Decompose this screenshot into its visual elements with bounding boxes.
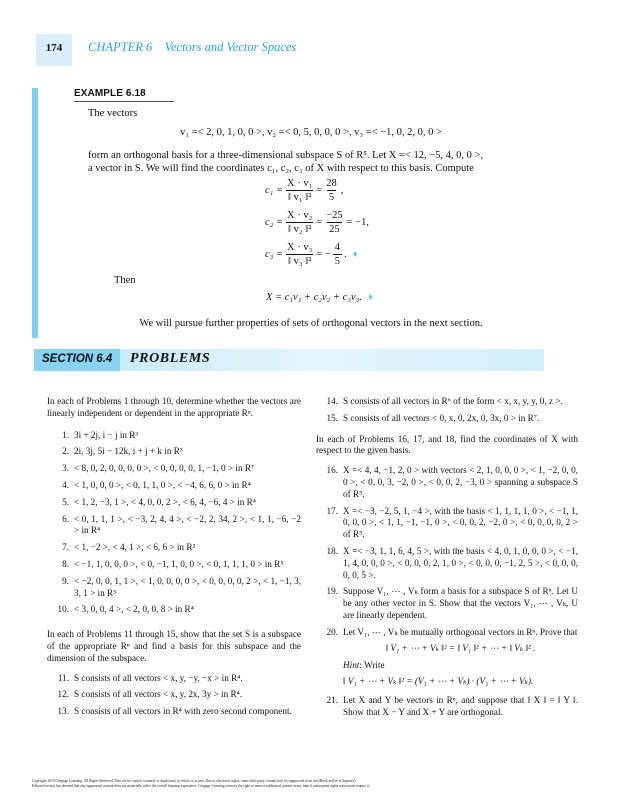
problem-1: 1.3i + 2j, i − j in R³ [47,430,301,442]
problem-5: 5.< 1, 2, −3, 1 >, < 4, 0, 0, 2 >, < 6, … [47,497,301,509]
problem-number: 3. [47,463,74,475]
section-title: PROBLEMS [130,351,210,367]
problem-number: 17. [316,506,343,541]
problem-text: < 1, 2, −3, 1 >, < 4, 0, 0, 2 >, < 6, 4,… [74,497,301,509]
example-para-line-2: a vector in S. We will find the coordina… [88,162,474,175]
denominator: 5 [333,254,342,267]
problem-20: 20. Let V₁, ⋯ , Vₖ be mutually orthogona… [316,627,578,690]
hint-line: Hint: Write [343,660,578,672]
numerator: X · v₂ [285,210,314,222]
problem-text: < 1, −2 >, < 4, 1 >, < 6, 6 > in R² [74,542,301,554]
problem-text: X =< −3, −2, 5, 1, −4 >, with the basis … [343,506,578,541]
problem-6: 6.< 0, 1, 1, 1 >, < −3, 2, 4, 4 >, < −2,… [47,514,301,538]
problem-number: 15. [316,413,343,425]
problem-number: 16. [316,465,343,500]
left-column: In each of Problems 1 through 10, determ… [47,396,301,723]
problem-number: 11. [47,673,74,685]
denominator: ‖ v₂ ‖² [286,222,313,235]
problem-18: 18.X =< −3, 1, 1, 6, 4, 5 >, with the ba… [316,546,578,581]
copyright-footer: Copyright 2010 Cengage Learning. All Rig… [32,779,612,789]
numerator: X · v₃ [285,242,314,254]
problem-text: < −2, 0, 0, 1, 1 >, < 1, 0, 0, 0, 0 >, <… [74,576,301,600]
problem-10: 10.< 3, 0, 0, 4 >, < 2, 0, 0, 8 > in R⁴ [47,604,301,616]
example-intro: The vectors [88,107,137,120]
problem-2: 2.2i, 3j, 5i − 12k, i + j + k in R³ [47,446,301,458]
equals: = − [316,249,330,260]
problem-3: 3.< 8, 0, 2, 0, 0, 0, 0 >, < 0, 0, 0, 0,… [47,463,301,475]
problem-7: 7.< 1, −2 >, < 4, 1 >, < 6, 6 > in R² [47,542,301,554]
problem-14: 14.S consists of all vectors in R⁶ of th… [316,396,578,408]
eq-tail: = −1, [347,217,369,228]
right-column: 14.S consists of all vectors in R⁶ of th… [316,396,578,724]
denominator: 5 [327,190,336,203]
problem-body: Let V₁, ⋯ , Vₖ be mutually orthogonal ve… [343,627,578,690]
instructions-1-10: In each of Problems 1 through 10, determ… [47,396,301,420]
result-equation: X = c₁v₁ + c₂v₂ + c₃v₃. ♦ [266,292,373,303]
problem-text: Let V₁, ⋯ , Vₖ be mutually orthogonal ve… [343,627,577,637]
problem-8: 8.< −1, 1, 0, 0, 0 >, < 0, −1, 1, 0, 0 >… [47,559,301,571]
problem-number: 21. [316,695,343,719]
instructions-11-15: In each of Problems 11 through 15, show … [47,629,301,664]
problem-11: 11.S consists of all vectors < x, y, −y,… [47,673,301,685]
problem-number: 8. [47,559,74,571]
problem-text: < 8, 0, 2, 0, 0, 0, 0 >, < 0, 0, 0, 0, 1… [74,463,301,475]
fraction: −2525 [324,210,344,235]
problem-text: X =< −3, 1, 1, 6, 4, 5 >, with the basis… [343,546,578,581]
problem-number: 4. [47,480,74,492]
instructions-16-18: In each of Problems 16, 17, and 18, find… [316,434,578,458]
equals: = [316,217,322,228]
eq-tail: , [341,185,344,196]
end-of-example-diamond-icon: ♦ [368,292,373,303]
example-closing: We will pursue further properties of set… [0,317,622,330]
problem-number: 1. [47,430,74,442]
page-number: 174 [36,42,72,54]
hint-text: : Write [359,660,384,670]
example-title: EXAMPLE 6.18 [74,88,146,99]
problem-text: X =< 4, 4, −1, 2, 0 > with vectors < 2, … [343,465,578,500]
denominator: ‖ v₁ ‖² [286,190,313,203]
problem-12: 12.S consists of all vectors < x, y, 2x,… [47,689,301,701]
eq-tail: . [344,249,347,260]
problem-text: 2i, 3j, 5i − 12k, i + j + k in R³ [74,446,301,458]
problem-21: 21.Let X and Y be vectors in Rⁿ, and sup… [316,695,578,719]
problem-19: 19.Suppose V₁, ⋯ , Vₖ form a basis for a… [316,586,578,621]
eq-lhs: c₁ = [265,185,283,196]
problem-text: Suppose V₁, ⋯ , Vₖ form a basis for a su… [343,586,578,621]
numerator: X · v₁ [285,178,314,190]
problem-text: S consists of all vectors < x, y, 2x, 3y… [74,689,301,701]
fraction: 285 [324,178,339,203]
problem-text: Let X and Y be vectors in Rⁿ, and suppos… [343,695,578,719]
equation-c2: c₂ = X · v₂‖ v₂ ‖² = −2525 = −1, [265,210,369,235]
footer-line-2: Editorial review has deemed that any sup… [32,784,612,789]
problem-text: < −1, 1, 0, 0, 0 >, < 0, −1, 1, 0, 0 >, … [74,559,301,571]
hint-equation: ‖ V₁ + ⋯ + Vₖ ‖² = (V₁ + ⋯ + Vₖ) · (V₁ +… [343,676,578,688]
problem-number: 14. [316,396,343,408]
denominator: ‖ v₃ ‖² [286,254,313,267]
problem-number: 7. [47,542,74,554]
problem-number: 10. [47,604,74,616]
problem-text: < 1, 0, 0, 0 >, < 0, 1, 1, 0 >, < −4, 6,… [74,480,301,492]
fraction: X · v₃‖ v₃ ‖² [285,242,314,267]
chapter-heading: CHAPTER 6 Vectors and Vector Spaces [88,40,296,55]
end-of-example-diamond-icon: ♦ [353,249,358,260]
fraction: X · v₁‖ v₁ ‖² [285,178,314,203]
problem-text: < 3, 0, 0, 4 >, < 2, 0, 0, 8 > in R⁴ [74,604,301,616]
problem-number: 9. [47,576,74,600]
vectors-line: v₁ =< 2, 0, 1, 0, 0 >, v₂ =< 0, 5, 0, 0,… [0,127,622,138]
problem-number: 12. [47,689,74,701]
equation-c3: c₃ = X · v₃‖ v₃ ‖² = − 45 . ♦ [265,242,358,267]
result-eq-text: X = c₁v₁ + c₂v₂ + c₃v₃. [266,292,362,303]
problem-13: 13.S consists of all vectors in R⁴ with … [47,706,301,718]
example-rule [74,101,174,102]
hint-label: Hint [343,660,359,670]
problem-17: 17.X =< −3, −2, 5, 1, −4 >, with the bas… [316,506,578,541]
fraction: X · v₂‖ v₂ ‖² [285,210,314,235]
problem-16: 16.X =< 4, 4, −1, 2, 0 > with vectors < … [316,465,578,500]
numerator: −25 [324,210,344,222]
eq-lhs: c₃ = [265,249,283,260]
numerator: 28 [324,178,339,190]
problem-number: 19. [316,586,343,621]
fraction: 45 [333,242,342,267]
problem-20-equation: ‖ V₁ + ⋯ + Vₖ ‖² = ‖ V₁ ‖² + ⋯ + ‖ Vₖ ‖²… [343,643,578,655]
problem-text: S consists of all vectors in R⁶ of the f… [343,396,578,408]
problem-text: S consists of all vectors in R⁴ with zer… [74,706,301,718]
problem-text: 3i + 2j, i − j in R³ [74,430,301,442]
problem-number: 6. [47,514,74,538]
problem-4: 4.< 1, 0, 0, 0 >, < 0, 1, 1, 0 >, < −4, … [47,480,301,492]
problem-15: 15.S consists of all vectors < 0, x, 0, … [316,413,578,425]
problem-9: 9.< −2, 0, 0, 1, 1 >, < 1, 0, 0, 0, 0 >,… [47,576,301,600]
problem-text: S consists of all vectors < x, y, −y, −x… [74,673,301,685]
problem-number: 18. [316,546,343,581]
eq-lhs: c₂ = [265,217,283,228]
problem-number: 5. [47,497,74,509]
problem-number: 13. [47,706,74,718]
problem-number: 2. [47,446,74,458]
then-label: Then [114,274,136,287]
numerator: 4 [333,242,342,254]
problem-text: < 0, 1, 1, 1 >, < −3, 2, 4, 4 >, < −2, 2… [74,514,301,538]
example-side-bar [32,88,38,338]
example-para-line-1: form an orthogonal basis for a three-dim… [88,149,483,162]
problem-number: 20. [316,627,343,690]
problem-text: S consists of all vectors < 0, x, 0, 2x,… [343,413,578,425]
section-label: SECTION 6.4 [42,353,112,365]
equation-c1: c₁ = X · v₁‖ v₁ ‖² = 285 , [265,178,343,203]
equals: = [316,185,322,196]
denominator: 25 [327,222,342,235]
